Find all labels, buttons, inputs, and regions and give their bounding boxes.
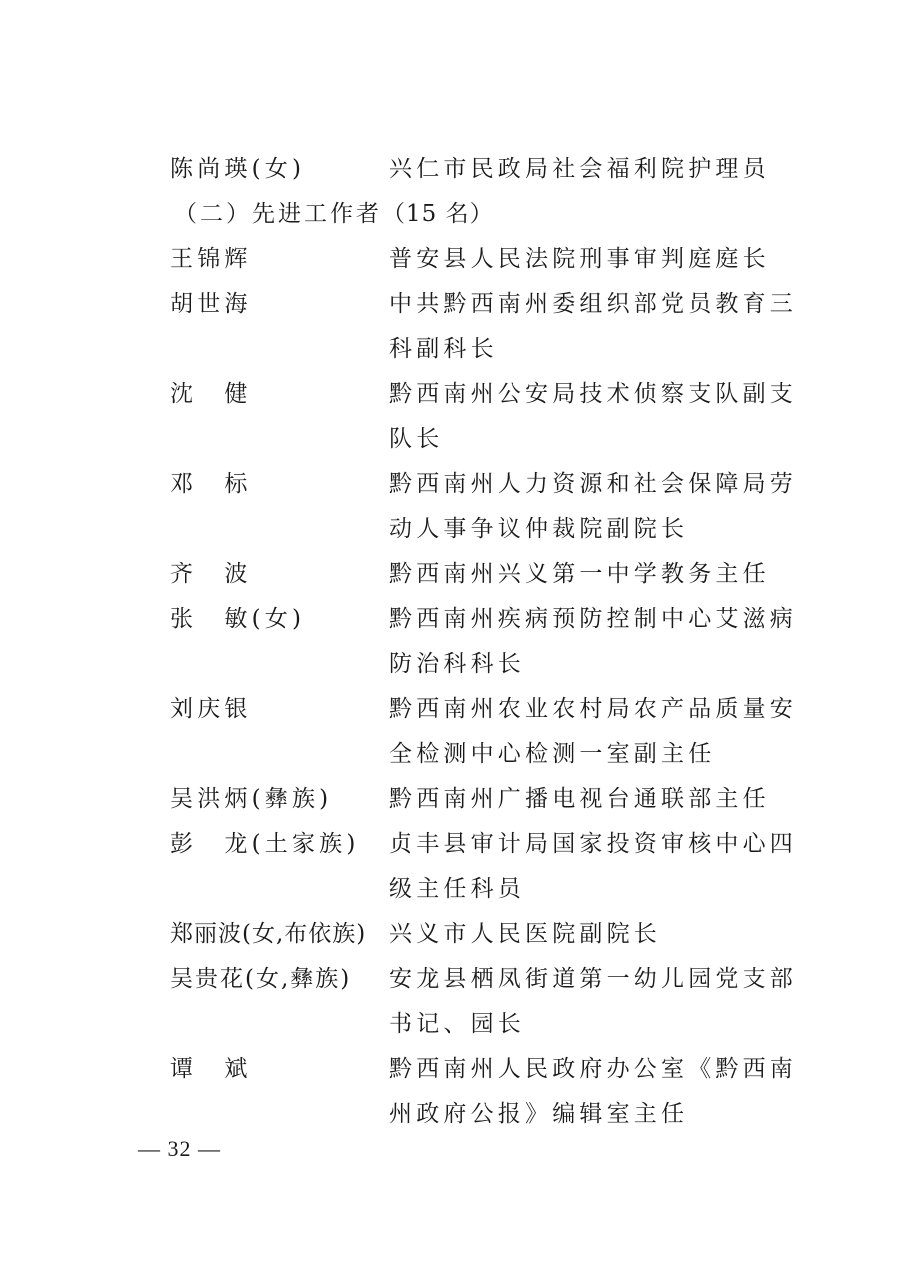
person-title: 兴仁市民政局社会福利院护理员 bbox=[389, 147, 770, 192]
list-item-continuation: 级主任科员 bbox=[170, 867, 810, 912]
list-item: 齐 波 黔西南州兴义第一中学教务主任 bbox=[170, 552, 810, 597]
person-name: 齐 波 bbox=[170, 552, 252, 597]
person-name: 陈尚瑛(女) bbox=[170, 147, 305, 192]
section-heading: （二）先进工作者（15 名） bbox=[170, 192, 810, 237]
person-name: 张 敏(女) bbox=[170, 597, 305, 642]
list-item: 郑丽波(女,布依族) 兴义市人民医院副院长 bbox=[170, 912, 810, 957]
person-title-continued: 级主任科员 bbox=[389, 867, 525, 912]
page-number: — 32 — bbox=[138, 1136, 221, 1162]
person-title-continued: 书记、园长 bbox=[389, 1002, 525, 1047]
person-title: 黔西南州人民政府办公室《黔西南 bbox=[389, 1047, 797, 1092]
list-item: 刘庆银 黔西南州农业农村局农产品质量安 bbox=[170, 687, 810, 732]
list-item: 吴贵花(女,彝族) 安龙县栖凤街道第一幼儿园党支部 bbox=[170, 957, 810, 1002]
person-title-continued: 州政府公报》编辑室主任 bbox=[389, 1092, 688, 1137]
person-title: 安龙县栖凤街道第一幼儿园党支部 bbox=[389, 957, 797, 1002]
list-item-continuation: 队长 bbox=[170, 417, 810, 462]
list-item: 谭 斌 黔西南州人民政府办公室《黔西南 bbox=[170, 1047, 810, 1092]
list-item: 彭 龙(土家族) 贞丰县审计局国家投资审核中心四 bbox=[170, 822, 810, 867]
list-item-continuation: 动人事争议仲裁院副院长 bbox=[170, 507, 810, 552]
person-name: 彭 龙(土家族) bbox=[170, 822, 360, 867]
person-name: 吴洪炳(彝族) bbox=[170, 777, 332, 822]
list-item: 邓 标 黔西南州人力资源和社会保障局劳 bbox=[170, 462, 810, 507]
list-item: 陈尚瑛(女) 兴仁市民政局社会福利院护理员 bbox=[170, 147, 810, 192]
section-count: （15 名） bbox=[382, 201, 494, 227]
list-item: 胡世海 中共黔西南州委组织部党员教育三 bbox=[170, 282, 810, 327]
document-page: 陈尚瑛(女) 兴仁市民政局社会福利院护理员 （二）先进工作者（15 名） 王锦辉… bbox=[0, 0, 904, 1276]
person-title: 黔西南州疾病预防控制中心艾滋病 bbox=[389, 597, 797, 642]
list-item-continuation: 全检测中心检测一室副主任 bbox=[170, 732, 810, 777]
person-name: 胡世海 bbox=[170, 282, 252, 327]
person-name: 郑丽波(女,布依族) bbox=[170, 912, 366, 957]
person-title: 黔西南州广播电视台通联部主任 bbox=[389, 777, 770, 822]
person-title: 黔西南州农业农村局农产品质量安 bbox=[389, 687, 797, 732]
list-item-continuation: 科副科长 bbox=[170, 327, 810, 372]
person-name: 沈 健 bbox=[170, 372, 252, 417]
person-title-continued: 防治科科长 bbox=[389, 642, 525, 687]
person-title-continued: 队长 bbox=[389, 417, 443, 462]
person-title: 黔西南州公安局技术侦察支队副支 bbox=[389, 372, 797, 417]
person-title: 兴义市人民医院副院长 bbox=[389, 912, 661, 957]
section-heading-label: （二）先进工作者 bbox=[174, 201, 382, 227]
list-item-continuation: 州政府公报》编辑室主任 bbox=[170, 1092, 810, 1137]
person-title: 普安县人民法院刑事审判庭庭长 bbox=[389, 237, 770, 282]
person-name: 王锦辉 bbox=[170, 237, 252, 282]
person-name: 吴贵花(女,彝族) bbox=[170, 957, 351, 1002]
awardee-list: 陈尚瑛(女) 兴仁市民政局社会福利院护理员 （二）先进工作者（15 名） 王锦辉… bbox=[170, 147, 810, 1137]
person-title-continued: 科副科长 bbox=[389, 327, 498, 372]
person-title-continued: 全检测中心检测一室副主任 bbox=[389, 732, 715, 777]
list-item-continuation: 防治科科长 bbox=[170, 642, 810, 687]
person-name: 刘庆银 bbox=[170, 687, 252, 732]
person-name: 谭 斌 bbox=[170, 1047, 252, 1092]
list-item: 沈 健 黔西南州公安局技术侦察支队副支 bbox=[170, 372, 810, 417]
person-title-continued: 动人事争议仲裁院副院长 bbox=[389, 507, 688, 552]
list-item: 张 敏(女) 黔西南州疾病预防控制中心艾滋病 bbox=[170, 597, 810, 642]
person-title: 黔西南州兴义第一中学教务主任 bbox=[389, 552, 770, 597]
list-item-continuation: 书记、园长 bbox=[170, 1002, 810, 1047]
person-title: 贞丰县审计局国家投资审核中心四 bbox=[389, 822, 797, 867]
list-item: 吴洪炳(彝族) 黔西南州广播电视台通联部主任 bbox=[170, 777, 810, 822]
list-item: 王锦辉 普安县人民法院刑事审判庭庭长 bbox=[170, 237, 810, 282]
person-title: 黔西南州人力资源和社会保障局劳 bbox=[389, 462, 797, 507]
person-name: 邓 标 bbox=[170, 462, 252, 507]
person-title: 中共黔西南州委组织部党员教育三 bbox=[389, 282, 797, 327]
